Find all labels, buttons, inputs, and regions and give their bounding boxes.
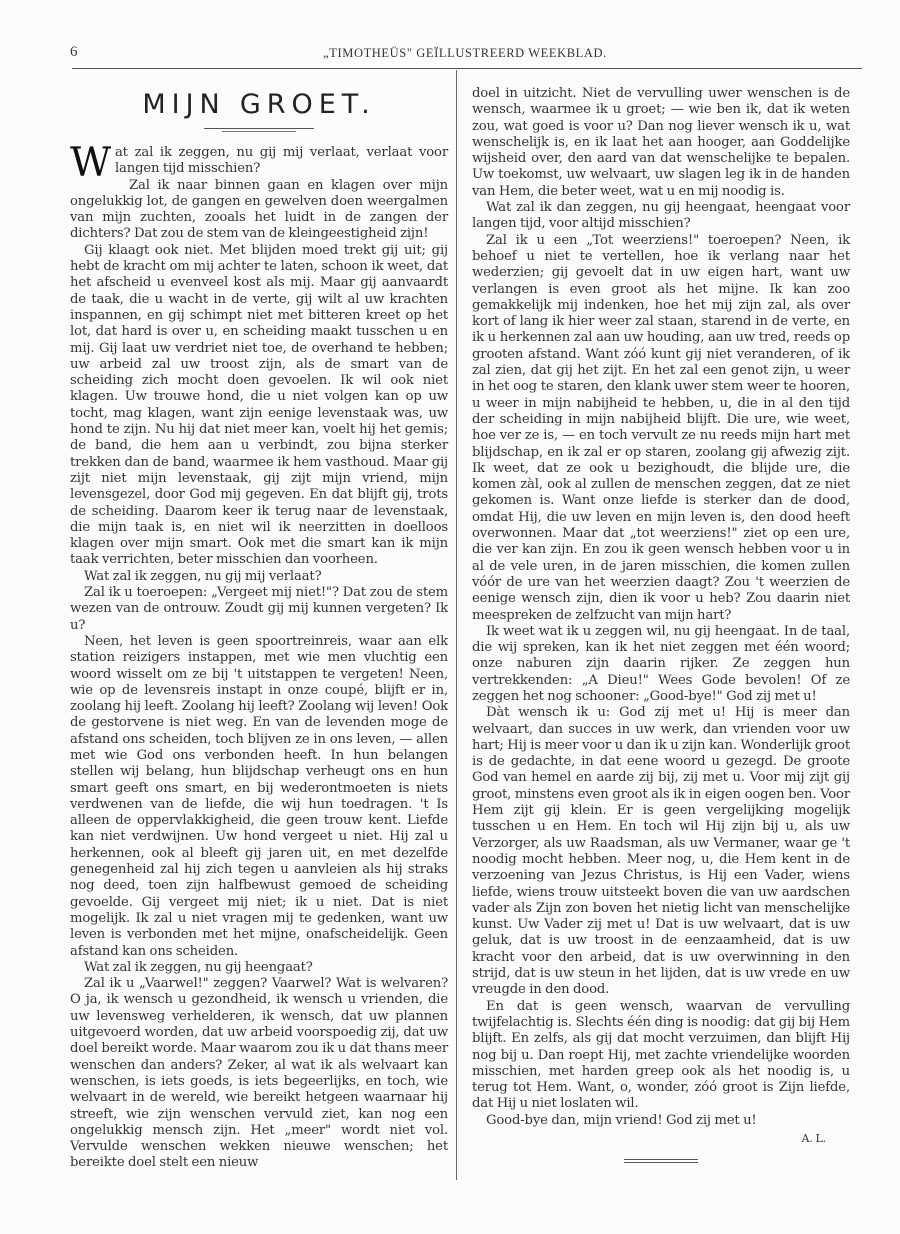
page-header: 6 „TIMOTHEÜS" GEÏLLUSTREERD WEEKBLAD. xyxy=(70,38,860,62)
title-ornament xyxy=(204,128,314,133)
paragraph: Wat zal ik zeggen, nu gij heengaat? xyxy=(70,960,448,976)
right-column: doel in uitzicht. Niet de vervulling uwe… xyxy=(472,86,850,1164)
paragraph: Wat zal ik dan zeggen, nu gij heengaat, … xyxy=(472,200,850,233)
paragraph: Wat zal ik zeggen, nu gij mij verlaat, v… xyxy=(70,145,448,178)
paragraph: Neen, het leven is geen spoortreinreis, … xyxy=(70,634,448,960)
paragraph: doel in uitzicht. Niet de vervulling uwe… xyxy=(472,86,850,200)
end-ornament xyxy=(624,1159,698,1164)
author-signature: A. L. xyxy=(472,1131,850,1147)
paragraph: Zal ik u toeroepen: „Vergeet mij niet!"?… xyxy=(70,585,448,634)
running-title: „TIMOTHEÜS" GEÏLLUSTREERD WEEKBLAD. xyxy=(70,46,860,61)
paragraph: En dat is geen wensch, waarvan de vervul… xyxy=(472,999,850,1113)
paragraph: Zal ik naar binnen gaan en klagen over m… xyxy=(70,178,448,243)
column-divider xyxy=(456,70,457,1180)
left-column: MIJN GROET. Wat zal ik zeggen, nu gij mi… xyxy=(70,86,448,1172)
paragraph: Zal ik u „Vaarwel!" zeggen? Vaarwel? Wat… xyxy=(70,976,448,1172)
paragraph: Zal ik u een „Tot weerziens!" toeroepen?… xyxy=(472,233,850,624)
paragraph-text: at zal ik zeggen, nu gij mij verlaat, ve… xyxy=(115,145,448,176)
header-rule xyxy=(72,68,862,69)
paragraph: Wat zal ik zeggen, nu gij mij verlaat? xyxy=(70,569,448,585)
paragraph: Ik weet wat ik u zeggen wil, nu gij heen… xyxy=(472,624,850,705)
article-title: MIJN GROET. xyxy=(70,88,448,122)
paragraph: Gij klaagt ook niet. Met blijden moed tr… xyxy=(70,243,448,569)
paragraph: Dàt wensch ik u: God zij met u! Hij is m… xyxy=(472,705,850,998)
paragraph: Good-bye dan, mijn vriend! God zij met u… xyxy=(472,1113,850,1129)
drop-cap: W xyxy=(70,147,111,179)
